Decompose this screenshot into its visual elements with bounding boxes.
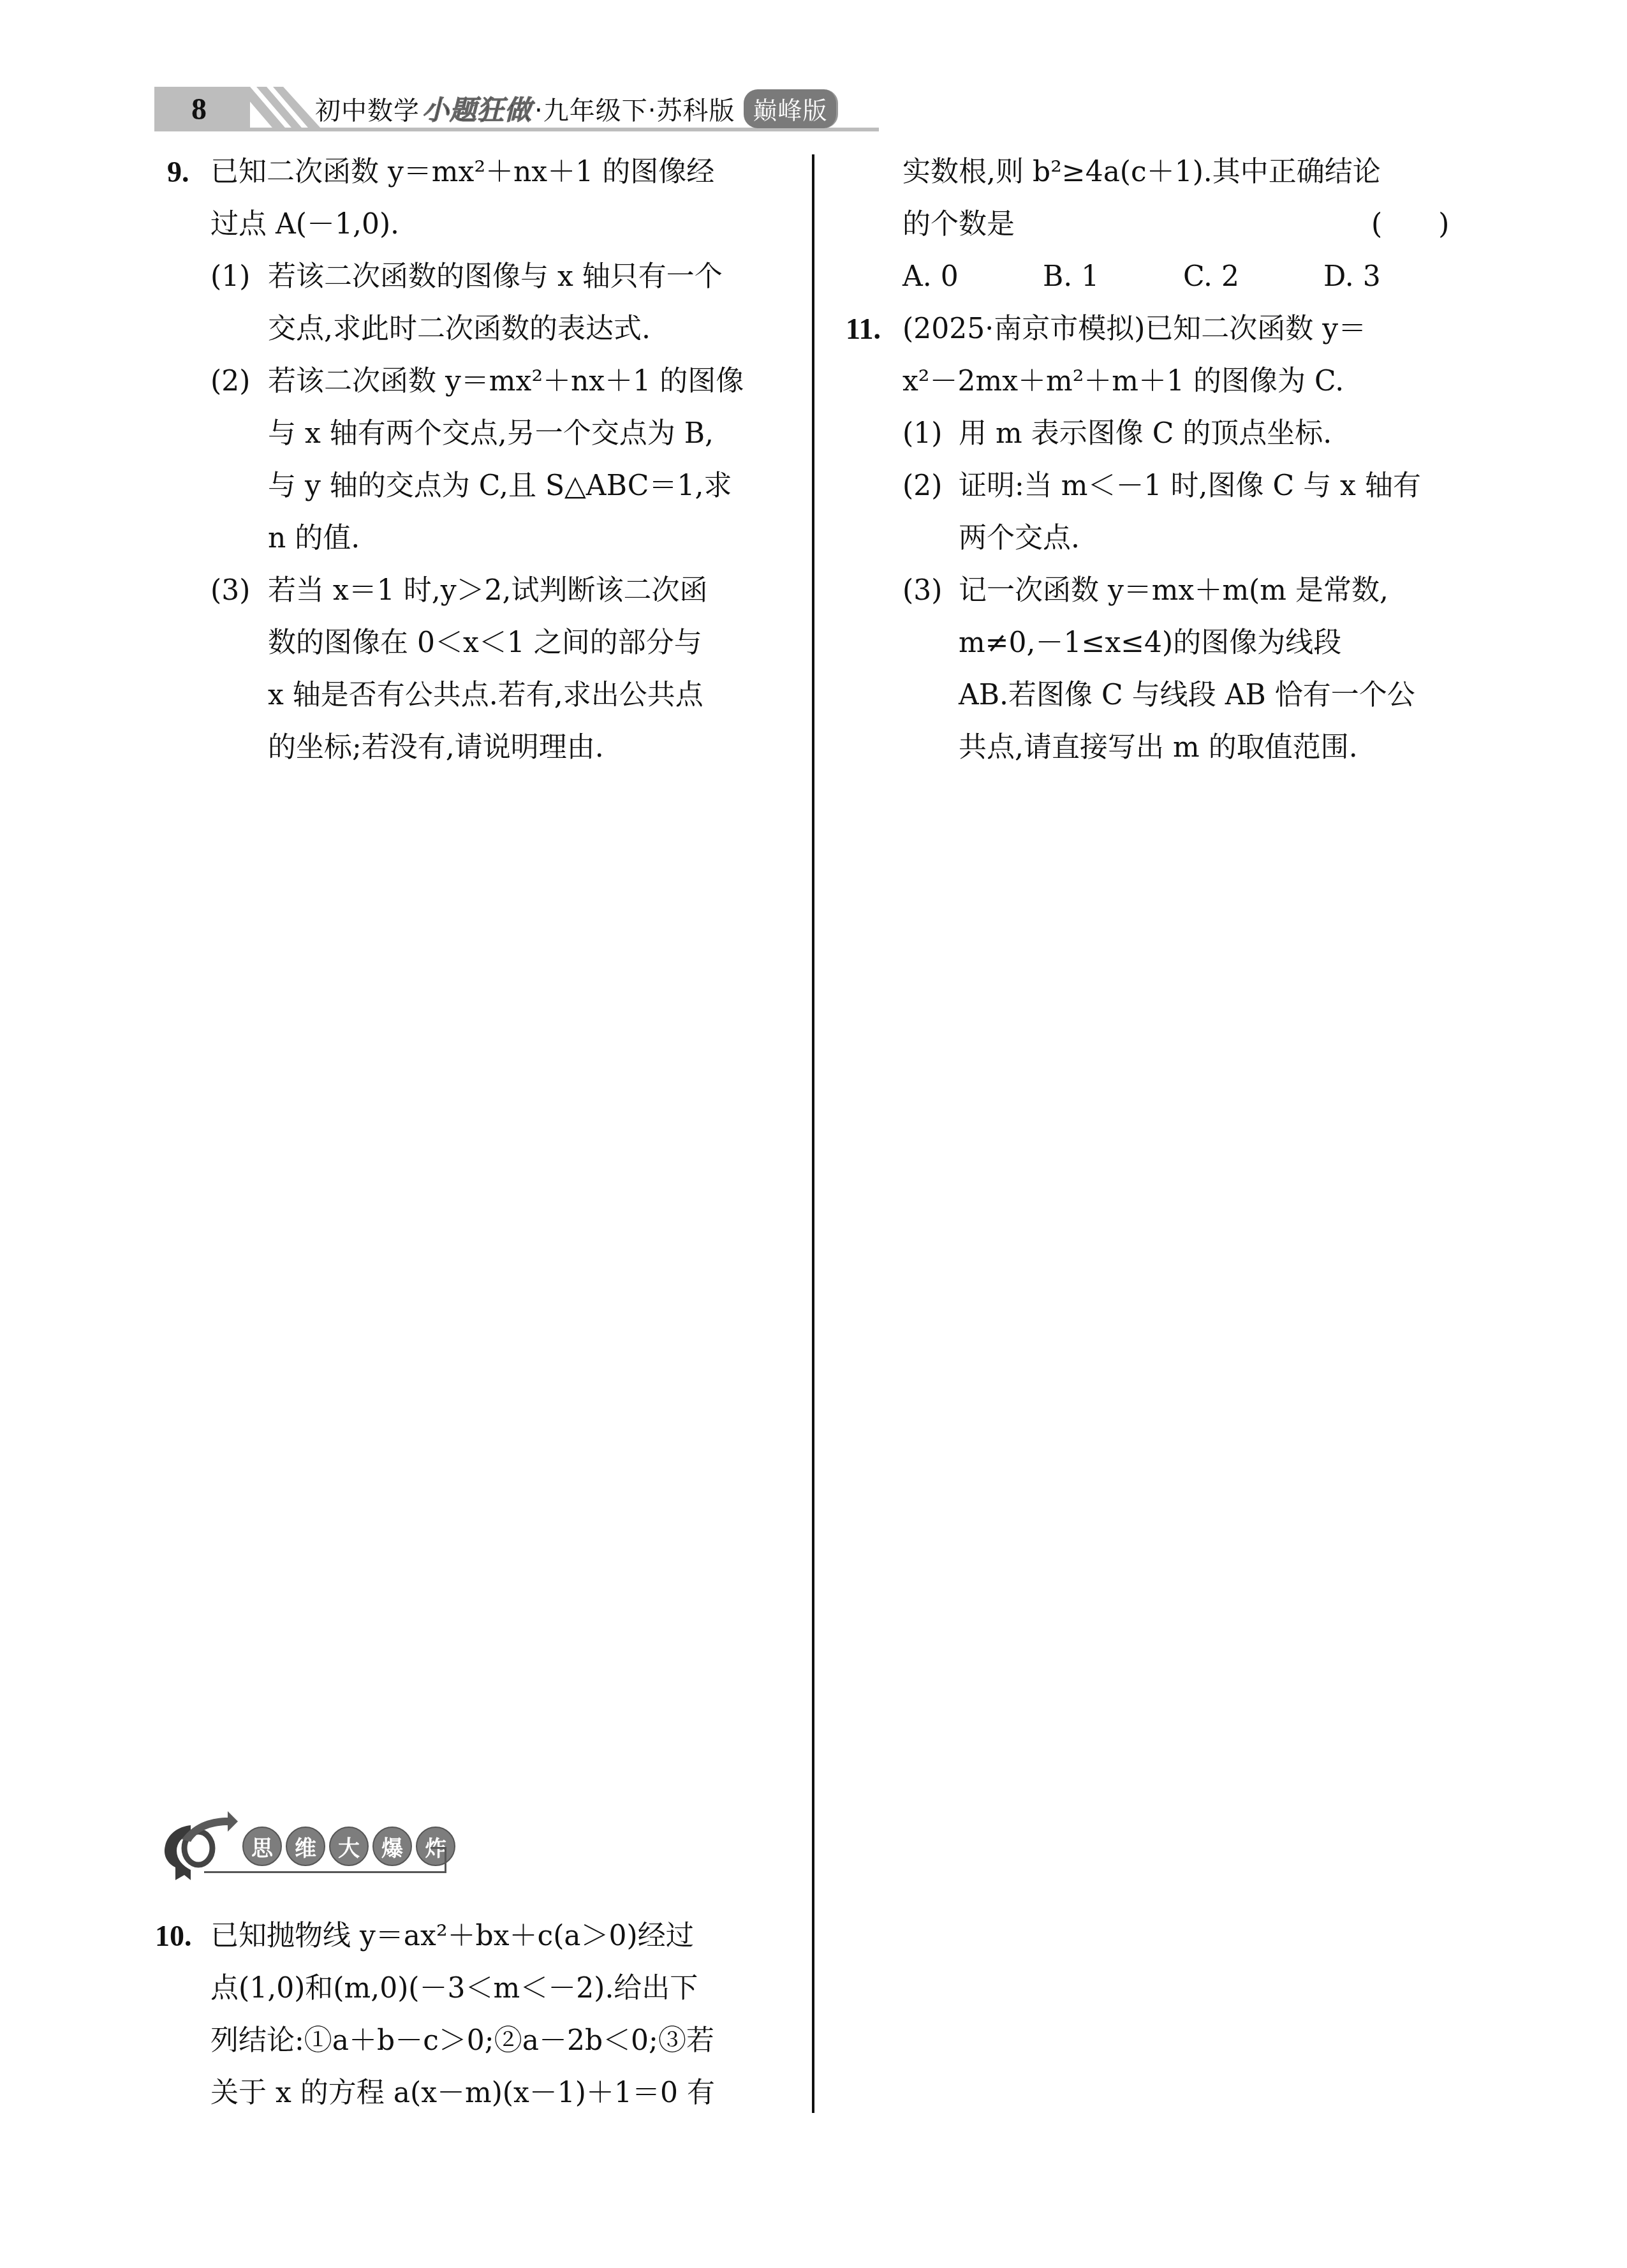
problem-text-line: 已知二次函数 y＝mx²＋nx＋1 的图像经	[210, 146, 714, 198]
option-d[interactable]: D. 3	[1323, 251, 1381, 303]
part-text-line: 若当 x＝1 时,y＞2,试判断该二次函	[268, 565, 708, 617]
head-arrow-logo-icon	[156, 1809, 239, 1885]
brand-logo-text: 小题狂做	[422, 89, 532, 128]
book-title: 初中数学 小题狂做 ·九年级下·苏科版 巅峰版	[315, 91, 838, 126]
banner-char: 炸	[416, 1827, 455, 1866]
banner-rule	[204, 1871, 446, 1873]
option-a[interactable]: A. 0	[902, 251, 959, 303]
part-text-line: m≠0,－1≤x≤4)的图像为线段	[959, 617, 1341, 669]
page-number: 8	[154, 87, 244, 131]
banner-rule	[445, 1847, 446, 1873]
problem-text-line: 列结论:①a＋b－c＞0;②a－2b＜0;③若	[210, 2015, 714, 2067]
header-underline	[154, 128, 879, 131]
part-text-line: 证明:当 m＜－1 时,图像 C 与 x 轴有	[959, 460, 1421, 512]
part-text-line: 若该二次函数的图像与 x 轴只有一个	[268, 251, 723, 303]
banner-char: 思	[242, 1827, 282, 1866]
problem-text-line: 关于 x 的方程 a(x－m)(x－1)＋1＝0 有	[210, 2067, 715, 2119]
problem-text-line: 已知抛物线 y＝ax²＋bx＋c(a＞0)经过	[210, 1910, 694, 1962]
problem-text-line: 实数根,则 b²≥4a(c＋1).其中正确结论	[902, 146, 1381, 198]
part-text-line: 与 y 轴的交点为 C,且 S△ABC＝1,求	[268, 460, 732, 512]
part-text-line: 的坐标;若没有,请说明理由.	[268, 722, 604, 774]
banner-char: 维	[286, 1827, 325, 1866]
title-prefix: 初中数学	[315, 91, 420, 127]
part-label: (3)	[210, 565, 250, 617]
part-text-line: 共点,请直接写出 m 的取值范围.	[959, 722, 1358, 774]
problem-text-line: 点(1,0)和(m,0)(－3＜m＜－2).给出下	[210, 1962, 698, 2015]
option-b[interactable]: B. 1	[1043, 251, 1099, 303]
part-label: (1)	[210, 251, 250, 303]
part-text-line: x 轴是否有公共点.若有,求出公共点	[268, 669, 703, 722]
problem-number: 11.	[846, 303, 881, 355]
part-text-line: 两个交点.	[959, 512, 1080, 565]
page-header: 8 初中数学 小题狂做 ·九年级下·苏科版 巅峰版	[154, 87, 879, 131]
option-c[interactable]: C. 2	[1183, 251, 1239, 303]
banner-title: 思 维 大 爆 炸	[242, 1827, 455, 1866]
thinking-explosion-banner: 思 维 大 爆 炸	[156, 1809, 450, 1885]
part-text-line: 记一次函数 y＝mx＋m(m 是常数,	[959, 565, 1388, 617]
part-text-line: 数的图像在 0＜x＜1 之间的部分与	[268, 617, 702, 669]
problem-number: 9.	[167, 146, 189, 198]
part-label: (2)	[210, 355, 250, 408]
problem-number: 10.	[155, 1910, 192, 1962]
edition-badge: 巅峰版	[744, 89, 838, 128]
part-text-line: n 的值.	[268, 512, 360, 565]
column-divider	[812, 154, 814, 2113]
title-suffix: ·九年级下·苏科版	[534, 91, 735, 127]
part-text-line: 用 m 表示图像 C 的顶点坐标.	[959, 408, 1332, 460]
problem-text-line: 过点 A(－1,0).	[210, 198, 399, 251]
part-text-line: 交点,求此时二次函数的表达式.	[268, 303, 651, 355]
part-label: (3)	[902, 565, 942, 617]
part-label: (1)	[902, 408, 942, 460]
part-text-line: 与 x 轴有两个交点,另一个交点为 B,	[268, 408, 714, 460]
problem-text-line: 的个数是	[902, 198, 1015, 251]
part-text-line: 若该二次函数 y＝mx²＋nx＋1 的图像	[268, 355, 744, 408]
banner-char: 大	[329, 1827, 369, 1866]
banner-char: 爆	[372, 1827, 412, 1866]
problem-text-line: (2025·南京市模拟)已知二次函数 y＝	[902, 303, 1366, 355]
part-text-line: AB.若图像 C 与线段 AB 恰有一个公	[959, 669, 1415, 722]
part-label: (2)	[902, 460, 942, 512]
problem-text-line: x²－2mx＋m²＋m＋1 的图像为 C.	[902, 355, 1344, 408]
header-stripes-decoration	[237, 87, 320, 131]
answer-bracket[interactable]: ( )	[1371, 198, 1449, 251]
